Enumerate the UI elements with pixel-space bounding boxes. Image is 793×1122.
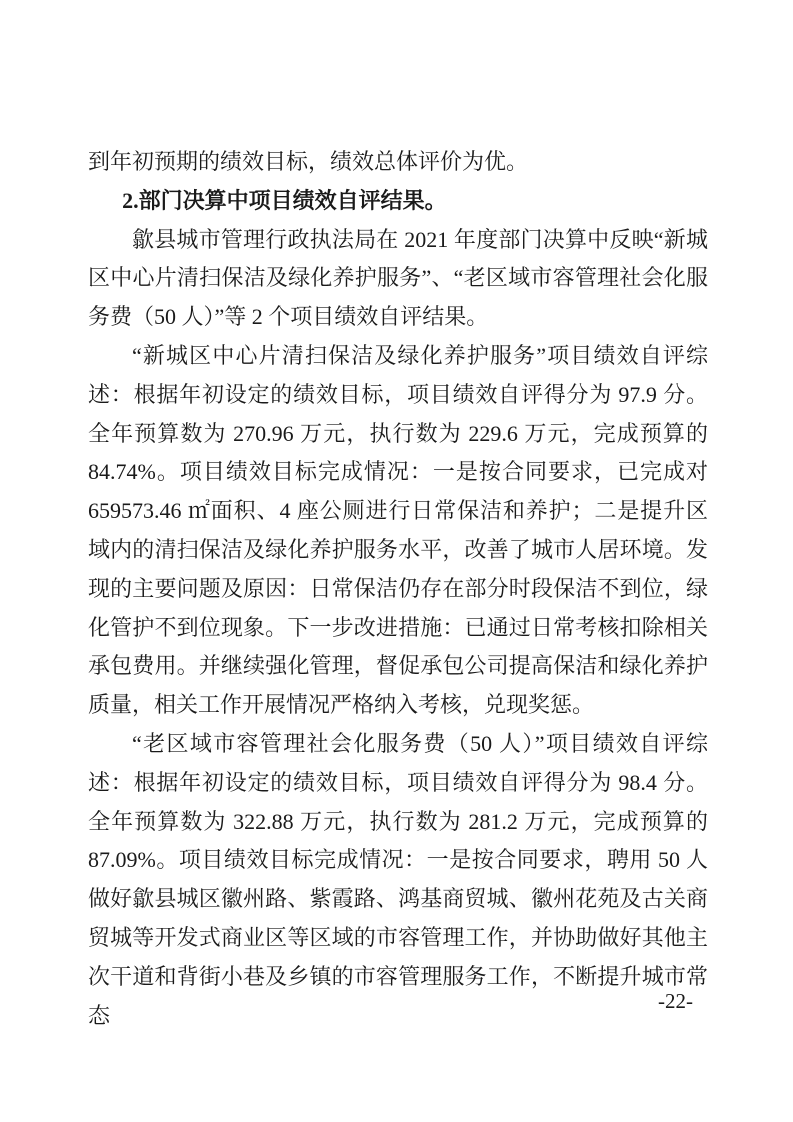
paragraph-projects-overview: 歙县城市管理行政执法局在 2021 年度部门决算中反映“新城区中心片清扫保洁及绿… — [88, 221, 708, 337]
paragraph-continuation: 到年初预期的绩效目标，绩效总体评价为优。 — [88, 143, 708, 182]
section-heading: 2.部门决算中项目绩效自评结果。 — [88, 182, 708, 221]
document-page: 到年初预期的绩效目标，绩效总体评价为优。 2.部门决算中项目绩效自评结果。 歙县… — [0, 0, 793, 1122]
document-content: 到年初预期的绩效目标，绩效总体评价为优。 2.部门决算中项目绩效自评结果。 歙县… — [88, 143, 708, 1035]
paragraph-project2-self-evaluation: “老区域市容管理社会化服务费（50 人）”项目绩效自评综述：根据年初设定的绩效目… — [88, 725, 708, 1035]
page-number: -22- — [658, 989, 693, 1013]
paragraph-project1-self-evaluation: “新城区中心片清扫保洁及绿化养护服务”项目绩效自评综述：根据年初设定的绩效目标，… — [88, 337, 708, 725]
